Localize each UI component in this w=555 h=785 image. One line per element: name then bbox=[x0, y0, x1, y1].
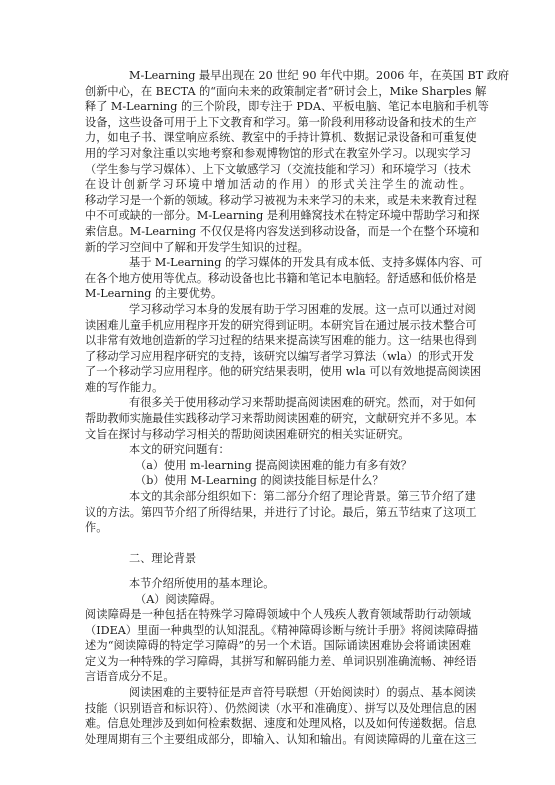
text-line: 本文的其余部分组织如下：第二部分介绍了理论背景。第三节介绍了建 bbox=[85, 489, 471, 505]
document-page: M-Learning 最早出现在 20 世纪 90 年代中期。2006 年，在英… bbox=[85, 68, 471, 747]
text-line: 用的学习对象注重以实地考察和参观博物馆的形式在教室外学习。以现实学习 bbox=[85, 146, 471, 162]
text-line: 基于 M-Learning 的学习媒体的开发具有成本低、支持多媒体内容、可 bbox=[85, 255, 471, 271]
research-question-b: （b）使用 M-Learning 的阅读技能目标是什么？ bbox=[85, 473, 471, 489]
research-question-a: （a）使用 m-learning 提高阅读困难的能力有多有效？ bbox=[85, 458, 471, 474]
text-line: 定义为一种特殊的学习障碍，其拼写和解码能力差、单词识别准确流畅、神经语 bbox=[85, 654, 471, 670]
text-line: 阅读障碍是一种包括在特殊学习障碍领域中个人残疾人教育领域帮助行动领域 bbox=[85, 607, 471, 623]
text-line: 中不可或缺的一部分。M-Learning 是利用蜂窝技术在特定环境中帮助学习和探 bbox=[85, 208, 471, 224]
text-line: 帮助教师实施最佳实践移动学习来帮助阅读困难的研究，文献研究并不多见。本 bbox=[85, 411, 471, 427]
paragraph-dyslexia-characteristics: 阅读困难的主要特征是声音符号联想（开始阅读时）的弱点、基本阅读 技能（识别语音和… bbox=[85, 685, 471, 747]
text-line: 创新中心，在 BECTA 的“面向未来的政策制定者”研讨会上，Mike Shar… bbox=[85, 84, 471, 100]
text-line: 新的学习空间中了解和开发学生知识的过程。 bbox=[85, 240, 471, 256]
paragraph-m-learning-history: M-Learning 最早出现在 20 世纪 90 年代中期。2006 年，在英… bbox=[85, 68, 471, 255]
text-line: 述为“阅读障碍的特定学习障碍”的另一个术语。国际诵读困难协会将诵读困难 bbox=[85, 638, 471, 654]
text-line: 作。 bbox=[85, 520, 471, 536]
text-line: 议的方法。第四节介绍了所得结果，并进行了讨论。最后，第五节结束了这项工 bbox=[85, 505, 471, 521]
subsection-heading: （A）阅读障碍。 bbox=[85, 592, 471, 608]
text-line: （IDEA）里面一种典型的认知混乱。《精神障碍诊断与统计手册》将阅读障碍描 bbox=[85, 623, 471, 639]
text-line: 读困难儿童手机应用程序开发的研究得到证明。本研究旨在通过展示技术整合可 bbox=[85, 318, 471, 334]
paragraph-dyslexia-definition: 阅读障碍是一种包括在特殊学习障碍领域中个人残疾人教育领域帮助行动领域 （IDEA… bbox=[85, 607, 471, 685]
paragraph-research-gap: 有很多关于使用移动学习来帮助提高阅读困难的研究。然而，对于如何 帮助教师实施最佳… bbox=[85, 395, 471, 442]
section-heading: 二、理论背景 bbox=[85, 551, 471, 567]
text-line: 难的写作能力。 bbox=[85, 380, 471, 396]
text-line: 学习移动学习本身的发展有助于学习困难的发展。这一点可以通过对阅 bbox=[85, 302, 471, 318]
research-questions-intro: 本文的研究问题有： bbox=[85, 442, 471, 458]
text-line: （学生参与学习媒体）、上下文敏感学习（交流技能和学习）和环境学习（技术 bbox=[85, 162, 471, 178]
paragraph-organization: 本文的其余部分组织如下：第二部分介绍了理论背景。第三节介绍了建 议的方法。第四节… bbox=[85, 489, 471, 536]
text-line: 文旨在探讨与移动学习相关的帮助阅读困难研究的相关实证研究。 bbox=[85, 427, 471, 443]
paragraph-mobile-learning-dyslexia: 学习移动学习本身的发展有助于学习困难的发展。这一点可以通过对阅 读困难儿童手机应… bbox=[85, 302, 471, 396]
text-line: 阅读困难的主要特征是声音符号联想（开始阅读时）的弱点、基本阅读 bbox=[85, 685, 471, 701]
text-line: 移动学习是一个新的领域。移动学习被视为未来学习的未来，或是未来教育过程 bbox=[85, 193, 471, 209]
text-line: 索信息。M-Learning 不仅仅是将内容发送到移动设备，而是一个在整个环境和 bbox=[85, 224, 471, 240]
text-line: 设备，这些设备可用于上下文教育和学习。第一阶段利用移动设备和技术的生产 bbox=[85, 115, 471, 131]
text-line: 在各个地方使用等优点。移动设备也比书籍和笔记本电脑轻。舒适感和低价格是 bbox=[85, 271, 471, 287]
paragraph-m-learning-advantages: 基于 M-Learning 的学习媒体的开发具有成本低、支持多媒体内容、可 在各… bbox=[85, 255, 471, 302]
text-line: 难。信息处理涉及到如何检索数据、速度和处理风格，以及如何传递数据。信息 bbox=[85, 716, 471, 732]
text-line: 了一个移动学习应用程序。他的研究结果表明，使用 wla 可以有效地提高阅读困 bbox=[85, 364, 471, 380]
text-line: 了移动学习应用程序研究的支持，该研究以编写者学习算法（wla）的形式开发 bbox=[85, 349, 471, 365]
text-line: 技能（识别语音和标识符）、仍然阅读（水平和准确度）、拼写以及处理信息的困 bbox=[85, 701, 471, 717]
text-line: 言语音成分不足。 bbox=[85, 669, 471, 685]
text-line: 有很多关于使用移动学习来帮助提高阅读困难的研究。然而，对于如何 bbox=[85, 395, 471, 411]
text-line: M-Learning 的主要优势。 bbox=[85, 286, 471, 302]
text-line: 处理周期有三个主要组成部分，即输入、认知和输出。有阅读障碍的儿童在这三 bbox=[85, 732, 471, 748]
text-line: 力，如电子书、课堂响应系统、教室中的手持计算机、数据记录设备和可重复使 bbox=[85, 130, 471, 146]
text-line: 释了 M-Learning 的三个阶段，即专注于 PDA、平板电脑、笔记本电脑和… bbox=[85, 99, 471, 115]
text-line: M-Learning 最早出现在 20 世纪 90 年代中期。2006 年，在英… bbox=[85, 68, 471, 84]
text-line: 在设计创新学习环境中增加活动的作用）的形式关注学生的流动性。 bbox=[85, 177, 471, 193]
text-line: 以非常有效地创造新的学习过程的结果来提高读写困难的能力。这一结果也得到 bbox=[85, 333, 471, 349]
section-intro: 本节介绍所使用的基本理论。 bbox=[85, 576, 471, 592]
